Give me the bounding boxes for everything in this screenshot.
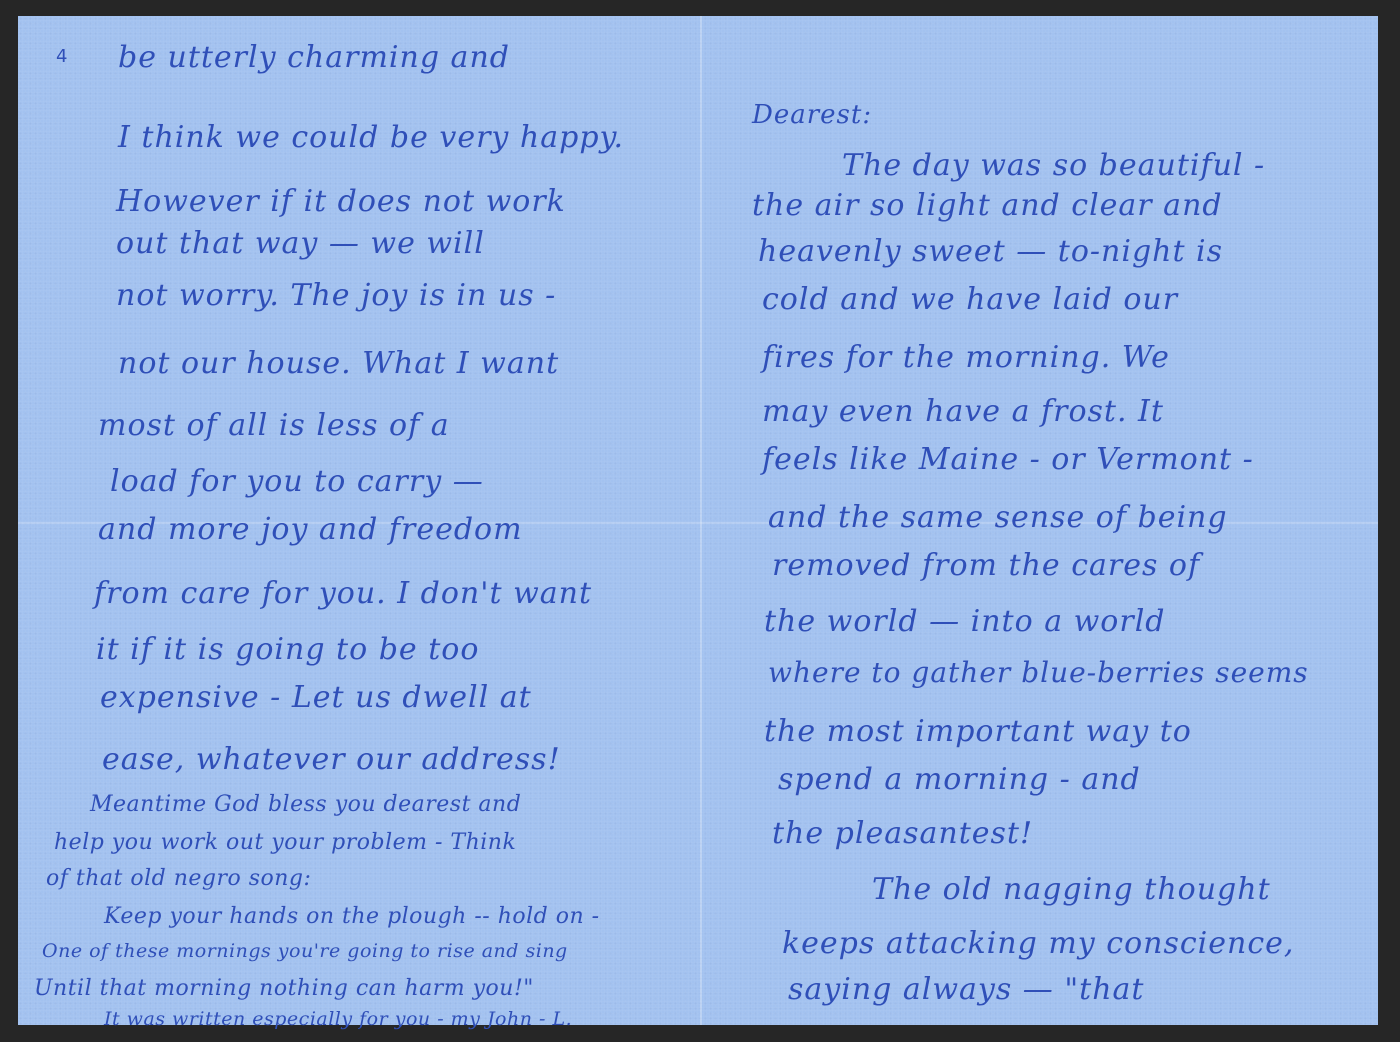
letter-line: expensive - Let us dwell at: [100, 680, 532, 715]
letter-line: from care for you. I don't want: [94, 576, 592, 611]
letter-line: spend a morning - and: [778, 762, 1141, 797]
letter-line: where to gather blue-berries seems: [768, 656, 1309, 689]
letter-line: help you work out your problem - Think: [54, 830, 516, 855]
letter-line: the air so light and clear and: [752, 188, 1223, 223]
letter-line: load for you to carry —: [110, 464, 484, 499]
letter-line: the world — into a world: [764, 604, 1166, 639]
letter-line: Until that morning nothing can harm you!…: [34, 976, 534, 1001]
letter-line: I think we could be very happy.: [118, 120, 624, 155]
letter-line: Meantime God bless you dearest and: [90, 792, 521, 817]
letter-paper: 4 be utterly charming and I think we cou…: [18, 16, 1378, 1025]
letter-line: ease, whatever our address!: [102, 742, 561, 777]
letter-line: not our house. What I want: [118, 346, 559, 381]
letter-line: not worry. The joy is in us -: [116, 278, 556, 313]
letter-line: and the same sense of being: [768, 500, 1228, 535]
salutation: Dearest:: [752, 100, 872, 130]
letter-line: and more joy and freedom: [98, 512, 523, 547]
letter-line: of that old negro song:: [46, 866, 311, 891]
letter-line: most of all is less of a: [98, 408, 450, 443]
letter-line: cold and we have laid our: [762, 282, 1178, 317]
letter-line: the pleasantest!: [772, 816, 1033, 851]
letter-line: fires for the morning. We: [762, 340, 1170, 375]
letter-line: it if it is going to be too: [96, 632, 479, 667]
letter-line: heavenly sweet — to-night is: [758, 234, 1223, 269]
letter-line: feels like Maine - or Vermont -: [762, 442, 1254, 477]
letter-line: However if it does not work: [116, 184, 566, 219]
letter-line: removed from the cares of: [772, 548, 1200, 583]
left-page: 4 be utterly charming and I think we cou…: [18, 16, 700, 1025]
letter-line: The old nagging thought: [872, 872, 1271, 907]
letter-line: the most important way to: [764, 714, 1192, 749]
right-page: Dearest: The day was so beautiful - the …: [702, 16, 1378, 1025]
letter-line: It was written especially for you - my J…: [104, 1008, 572, 1030]
letter-line: keeps attacking my conscience,: [782, 926, 1294, 961]
letter-line: Keep your hands on the plough -- hold on…: [104, 904, 600, 929]
letter-line: The day was so beautiful -: [842, 148, 1265, 183]
letter-line: may even have a frost. It: [762, 394, 1164, 429]
page-number: 4: [56, 46, 67, 67]
letter-line: saying always — "that: [788, 972, 1144, 1007]
letter-line: be utterly charming and: [118, 40, 510, 75]
letter-line: out that way — we will: [116, 226, 485, 261]
letter-line: One of these mornings you're going to ri…: [42, 940, 568, 962]
